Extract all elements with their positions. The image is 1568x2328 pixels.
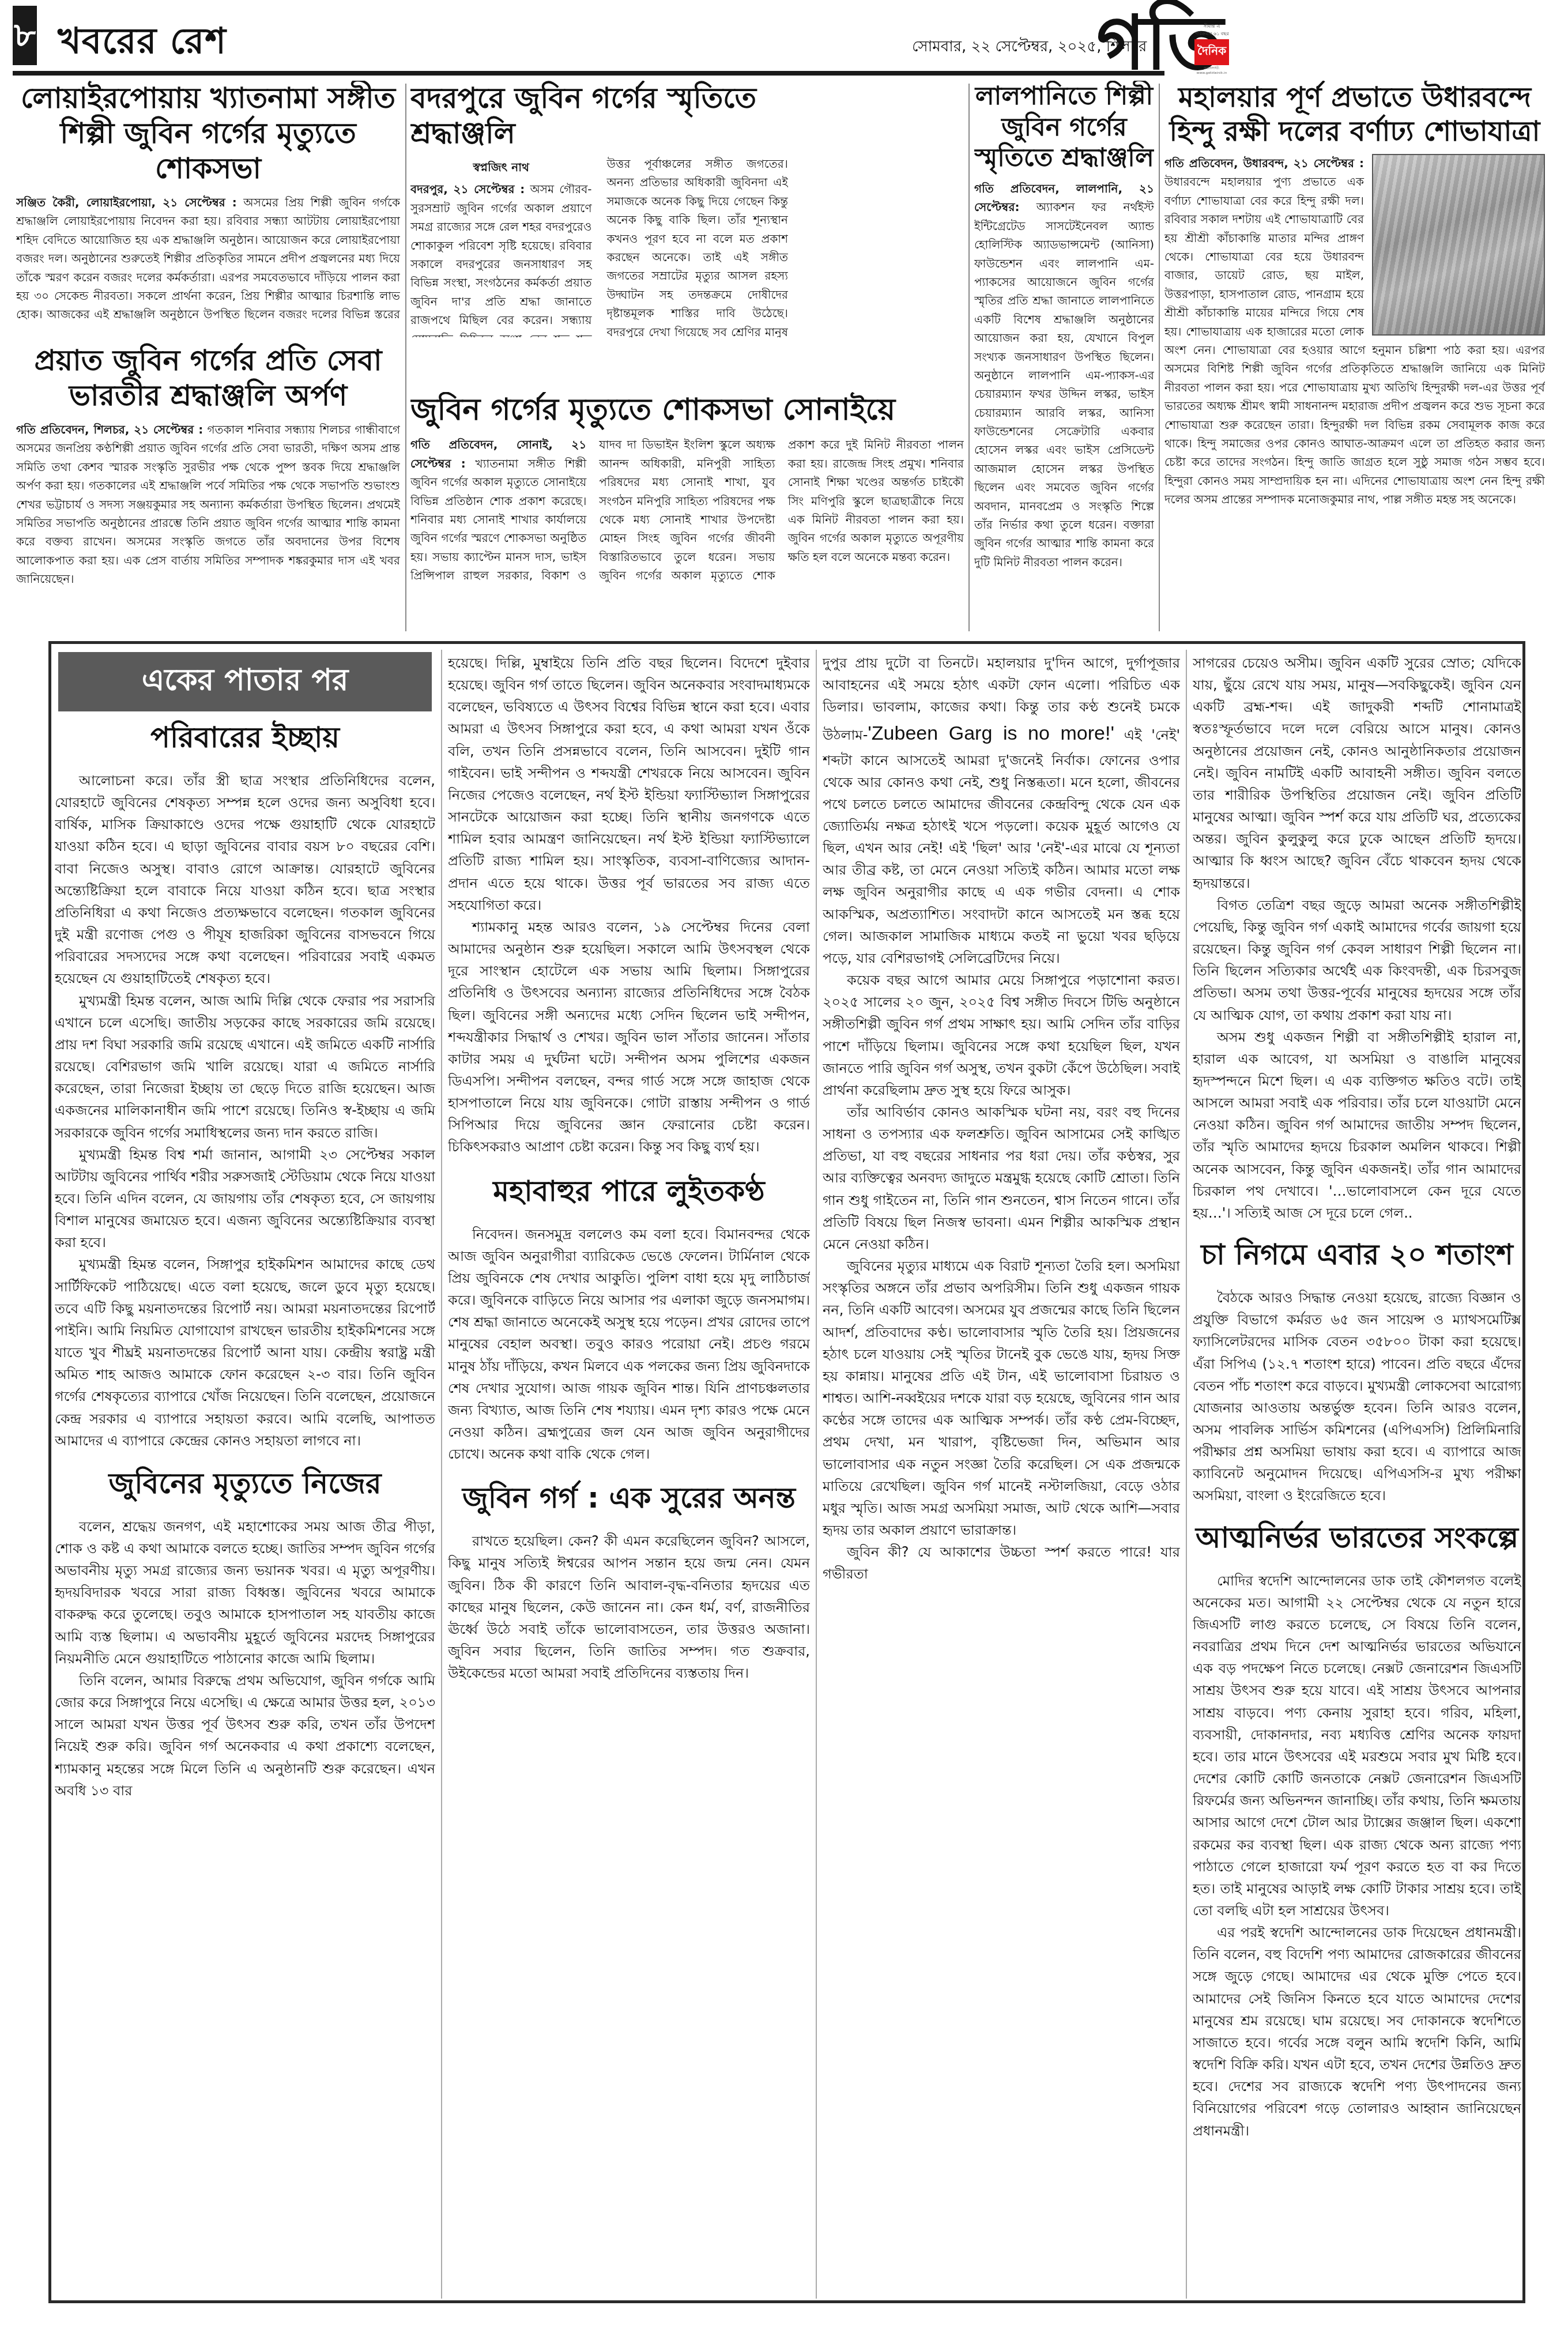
dateline: গতি প্রতিবেদন, শিলচর, ২১ সেপ্টেম্বর : [16,423,203,436]
paragraph: মুখ্যমন্ত্রী হিমন্ত বিশ্ব শর্মা জানান, আ… [55,1144,435,1254]
column-2-body-2: নিবেদন। জনসমুদ্র বললেও কম বলা হবে। বিমান… [448,1223,810,1466]
column-4-body-2: বৈঠকে আরও সিদ্ধান্ত নেওয়া হয়েছে, রাজ্য… [1193,1287,1521,1507]
article-loiripowa: লোয়াইরপোয়ায় খ্যাতনামা সঙ্গীত শিল্পী জ… [16,81,400,323]
article-body: স্বপ্নজিৎ নাথ বদরপুর, ২১ সেপ্টেম্বর : অস… [410,155,788,337]
paragraph: বৈঠকে আরও সিদ্ধান্ত নেওয়া হয়েছে, রাজ্য… [1193,1287,1521,1507]
paragraph: দুপুর প্রায় দুটো বা তিনটে। মহালয়ার দু'… [823,652,1180,969]
section-title: খবরের রেশ [58,14,227,73]
paragraph: জুবিন কী? যে আকাশের উচ্চতা স্পর্শ করতে প… [823,1541,1180,1585]
headline: লালপানিতে শিল্পী জুবিন গর্গের স্মৃতিতে শ… [974,81,1154,174]
column-2-body: হয়েছে। দিল্লি, মুম্বাইয়ে তিনি প্রতি বছ… [448,652,810,1158]
column-4-body-3: মোদির স্বদেশি আন্দোলনের ডাক তাই কৌশলগত ব… [1193,1570,1521,2142]
article-body: গতি প্রতিবেদন, লালপানি, ২১ সেপ্টেম্বর: অ… [974,179,1154,571]
page-number: ৮ [13,6,37,65]
article-sevabharati: প্রয়াত জুবিন গর্গের প্রতি সেবা ভারতীর শ… [16,343,400,634]
column-3-body: দুপুর প্রায় দুটো বা তিনটে। মহালয়ার দু'… [823,652,1180,1585]
logo-badge-daily: দৈনিক [1194,39,1229,65]
procession-photo [1372,154,1545,336]
paragraph: মুখ্যমন্ত্রী হিমন্ত বলেন, আজ আমি দিল্লি … [55,990,435,1144]
logo-badge-tag: সীমান্ত এ পরিক্রমার ৬১ বছর [1194,23,1229,38]
article-body: সঞ্জিত কৈরী, লোয়াইরপোয়া, ২১ সেপ্টেম্বর… [16,193,400,323]
dateline: সঞ্জিত কৈরী, লোয়াইরপোয়া, ২১ সেপ্টেম্বর… [16,195,237,209]
subhead-mahabahu: মহাবাহুর পারে লুইতকণ্ঠ [448,1170,810,1218]
logo-badge-website: ওয়েবসাইট: www.gatidainik.in [1194,66,1229,76]
article-badarpur: বদরপুরে জুবিন গর্গের স্মৃতিতে শ্রদ্ধাঞ্জ… [410,81,788,337]
masthead: ৮ খবরের রেশ সোমবার, ২২ সেপ্টেম্বর, ২০২৫,… [13,6,1555,78]
english-quote: 'Zubeen Garg is no more!' [868,722,1114,744]
column-1-body-2: বলেন, শ্রদ্ধেয় জনগণ, এই মহাশোকের সময় আ… [55,1516,435,1802]
masthead-rule [13,71,1164,76]
paragraph: অসম শুধু একজন শিল্পী বা সঙ্গীতশিল্পীই হা… [1193,1026,1521,1224]
paragraph: রাখতে হয়েছিল। কেন? কী এমন করেছিলেন জুবি… [448,1530,810,1684]
column-divider [816,650,817,2299]
column-1-body: আলোচনা করে। তাঁর স্ত্রী ছাত্র সংস্থার প্… [55,770,435,1452]
column-4-body: সাগরের চেয়েও অসীম। জুবিন একটি সুরের স্র… [1193,652,1521,1224]
headline: মহালয়ার পূর্ণ প্রভাতে উধারবন্দে হিন্দু … [1164,81,1545,148]
lower-column-2: হয়েছে। দিল্লি, মুম্বাইয়ে তিনি প্রতি বছ… [448,652,810,2301]
dateline: বদরপুর, ২১ সেপ্টেম্বর : [410,182,525,196]
paragraph: বিগত তেত্রিশ বছর জুড়ে আমরা অনেক সঙ্গীতশ… [1193,894,1521,1026]
paragraph: নিবেদন। জনসমুদ্র বললেও কম বলা হবে। বিমান… [448,1223,810,1466]
column-divider [1159,84,1160,631]
article-body: গতি প্রতিবেদন, সোনাই, ২১ সেপ্টেম্বর : খ্… [410,435,964,585]
column-divider [405,84,406,631]
paragraph: তাঁর আবির্ভাব কোনও আকস্মিক ঘটনা নয়, বরং… [823,1101,1180,1255]
byline: স্বপ্নজিৎ নাথ [410,158,592,176]
subhead-tea-corporation: চা নিগমে এবার ২০ শতাংশ [1193,1233,1521,1281]
headline: লোয়াইরপোয়ায় খ্যাতনামা সঙ্গীত শিল্পী জ… [16,81,400,186]
continued-banner: একের পাতার পর [58,652,432,711]
dateline: গতি প্রতিবেদন, উধারবন্দ, ২১ সেপ্টেম্বর : [1164,156,1364,170]
column-divider [968,84,970,631]
lower-column-4: সাগরের চেয়েও অসীম। জুবিন একটি সুরের স্র… [1193,652,1521,2301]
body-text: অ্যাকশন ফর নর্থইস্ট ইন্টিগ্রেটেড সাসটেইন… [974,200,1154,568]
lower-column-3: দুপুর প্রায় দুটো বা তিনটে। মহালয়ার দু'… [823,652,1180,2301]
headline: বদরপুরে জুবিন গর্গের স্মৃতিতে শ্রদ্ধাঞ্জ… [410,81,788,151]
subhead-family-wish: পরিবারের ইচ্ছায় [55,716,435,764]
body-text: গতকাল শনিবার সন্ধ্যায় শিলচর গান্ধীবাগে … [16,423,400,586]
paragraph: বলেন, শ্রদ্ধেয় জনগণ, এই মহাশোকের সময় আ… [55,1516,435,1670]
continued-from-front-page-box: একের পাতার পর পরিবারের ইচ্ছায় আলোচনা কর… [48,641,1525,2303]
article-udharbond: মহালয়ার পূর্ণ প্রভাতে উধারবন্দে হিন্দু … [1164,81,1545,634]
paragraph: জুবিনের মৃত্যুর মাধ্যমে এক বিরাট শূন্যতা… [823,1255,1180,1541]
body-text: অসমের প্রিয় শিল্পী জুবিন গর্গকে শ্রদ্ধা… [16,195,400,323]
subhead-self-reliant-india: আত্মনির্ভর ভারতের সংকল্পে [1193,1516,1521,1564]
headline: জুবিন গর্গের মৃত্যুতে শোকসভা সোনাইয়ে [410,392,964,428]
paragraph: মোদির স্বদেশি আন্দোলনের ডাক তাই কৌশলগত ব… [1193,1570,1521,1922]
article-lalpani: লালপানিতে শিল্পী জুবিন গর্গের স্মৃতিতে শ… [974,81,1154,634]
column-divider [1186,650,1187,2299]
paragraph: আলোচনা করে। তাঁর স্ত্রী ছাত্র সংস্থার প্… [55,770,435,990]
paragraph: শ্যামকানু মহন্ত আরও বলেন, ১৯ সেপ্টেম্বর … [448,916,810,1158]
paragraph: মুখ্যমন্ত্রী হিমন্ত বলেন, সিঙ্গাপুর হাইক… [55,1253,435,1451]
lower-column-1: একের পাতার পর পরিবারের ইচ্ছায় আলোচনা কর… [55,644,435,2299]
subhead-own-death: জুবিনের মৃত্যুতে নিজের [55,1462,435,1510]
headline: প্রয়াত জুবিন গর্গের প্রতি সেবা ভারতীর শ… [16,343,400,413]
article-sonai: জুবিন গর্গের মৃত্যুতে শোকসভা সোনাইয়ে গত… [410,392,964,634]
logo-badge: সীমান্ত এ পরিক্রমার ৬১ বছর দৈনিক ওয়েবসা… [1194,23,1229,75]
paragraph: সাগরের চেয়েও অসীম। জুবিন একটি সুরের স্র… [1193,652,1521,894]
body-text: খ্যাতনামা সঙ্গীত শিল্পী জুবিন গর্গের অকা… [410,438,964,582]
column-divider [441,650,442,2299]
text: এই 'নেই' শব্দটা কানে আসতেই আমরা দু'জনেই … [823,727,1180,966]
paragraph: এর পরই স্বদেশি আন্দোলনের ডাক দিয়েছেন প্… [1193,1922,1521,2142]
paragraph: কয়েক বছর আগে আমার মেয়ে সিঙ্গাপুরে পড়া… [823,969,1180,1101]
column-2-body-3: রাখতে হয়েছিল। কেন? কী এমন করেছিলেন জুবি… [448,1530,810,1684]
article-body: গতি প্রতিবেদন, শিলচর, ২১ সেপ্টেম্বর : গত… [16,420,400,589]
paragraph: হয়েছে। দিল্লি, মুম্বাইয়ে তিনি প্রতি বছ… [448,652,810,916]
subhead-eternal-melody: জুবিন গর্গ : এক সুরের অনন্ত [448,1476,810,1524]
photo-image [1372,154,1545,336]
paragraph: তিনি বলেন, আমার বিরুদ্ধে প্রথম অভিযোগ, জ… [55,1670,435,1802]
